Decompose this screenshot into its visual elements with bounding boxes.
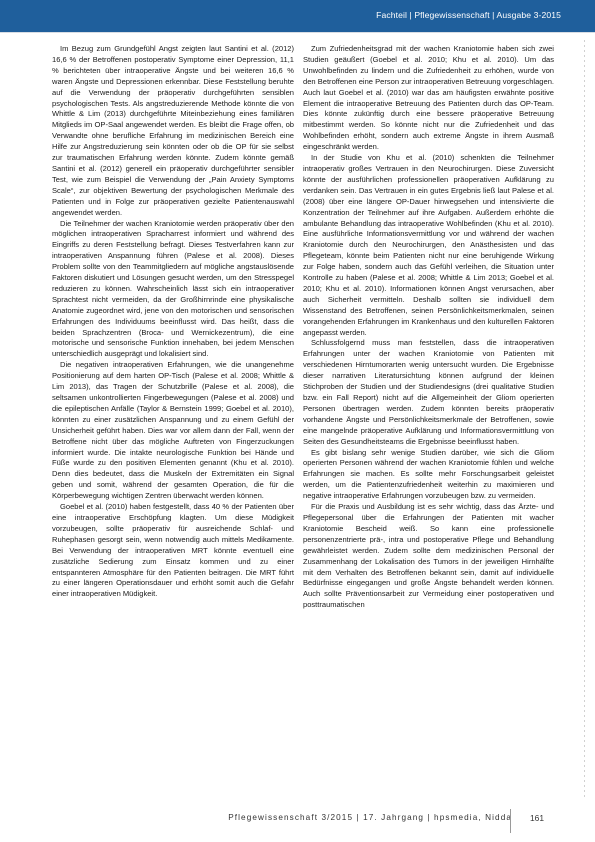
journal-header-title: Fachteil | Pflegewissenschaft | Ausgabe … xyxy=(376,10,561,20)
paragraph: Die negativen intraoperativen Erfahrunge… xyxy=(52,360,294,502)
paragraph: Für die Praxis und Ausbildung ist es seh… xyxy=(303,502,554,611)
footer-divider xyxy=(510,809,511,833)
paragraph: Goebel et al. (2010) haben festgestellt,… xyxy=(52,502,294,600)
page-number: 161 xyxy=(530,813,544,823)
article-column-right: Zum Zufriedenheitsgrad mit der wachen Kr… xyxy=(303,44,554,611)
paragraph: Schlussfolgernd muss man feststellen, da… xyxy=(303,338,554,447)
paragraph: Im Bezug zum Grundgefühl Angst zeigten l… xyxy=(52,44,294,219)
page-edge-marker xyxy=(584,40,585,800)
paragraph: Zum Zufriedenheitsgrad mit der wachen Kr… xyxy=(303,44,554,153)
page-footer: Pflegewissenschaft 3/2015 | 17. Jahrgang… xyxy=(0,809,595,829)
article-column-left: Im Bezug zum Grundgefühl Angst zeigten l… xyxy=(52,44,294,600)
journal-header-bar: Fachteil | Pflegewissenschaft | Ausgabe … xyxy=(0,0,595,33)
paragraph: Es gibt bislang sehr wenige Studien darü… xyxy=(303,448,554,503)
footer-publication-info: Pflegewissenschaft 3/2015 | 17. Jahrgang… xyxy=(228,813,512,822)
paragraph: In der Studie von Khu et al. (2010) sche… xyxy=(303,153,554,338)
paragraph: Die Teilnehmer der wachen Kraniotomie we… xyxy=(52,219,294,361)
